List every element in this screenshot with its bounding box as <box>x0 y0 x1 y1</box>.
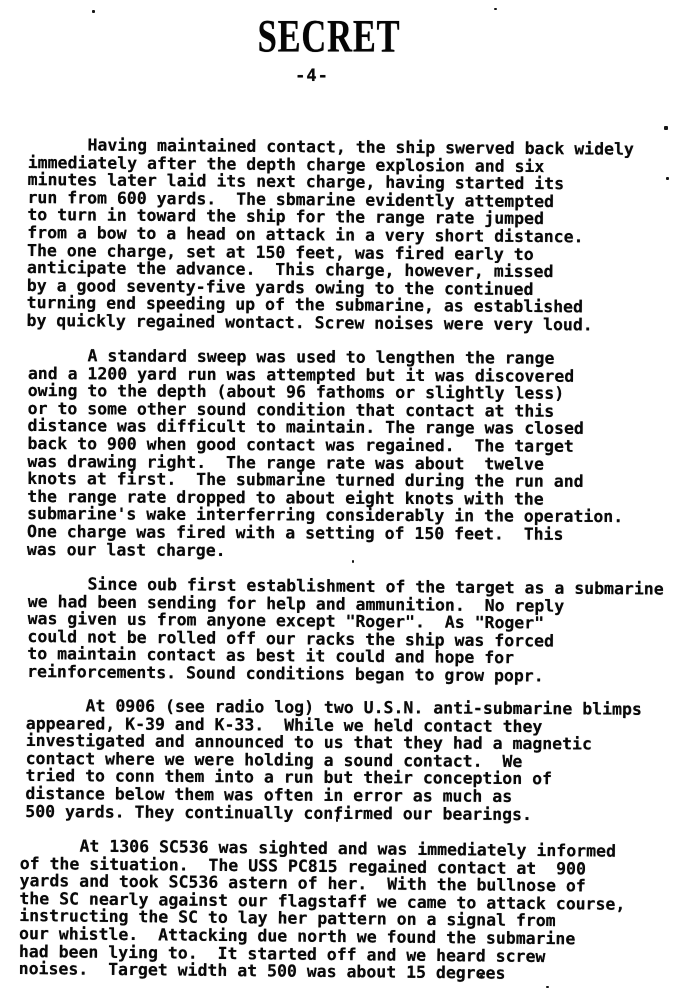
paragraph-1: Having maintained contact, the ship swer… <box>26 136 676 335</box>
paragraph-4: At 0906 (see radio log) two U.S.N. anti-… <box>25 697 676 824</box>
paragraph-3: Since oub first establishment of the tar… <box>27 575 676 686</box>
paragraph-2: A standard sweep was used to lengthen th… <box>27 347 676 562</box>
page-header: SECRET -4- <box>0 10 692 86</box>
paragraph-5: At 1306 SC536 was sighted and was immedi… <box>19 837 676 984</box>
scan-speck <box>480 975 483 977</box>
scan-speck <box>546 986 549 988</box>
scanned-document-page: SECRET -4- Having maintained contact, th… <box>0 0 692 1000</box>
scan-speck <box>664 126 668 130</box>
scan-speck <box>494 8 497 10</box>
scan-speck <box>352 560 354 563</box>
scan-speck <box>666 177 669 180</box>
page-number: -4- <box>0 66 658 86</box>
scan-speck <box>336 816 338 822</box>
scan-speck <box>92 10 95 13</box>
document-body: Having maintained contact, the ship swer… <box>28 136 676 995</box>
classification-marking: SECRET <box>258 10 401 64</box>
